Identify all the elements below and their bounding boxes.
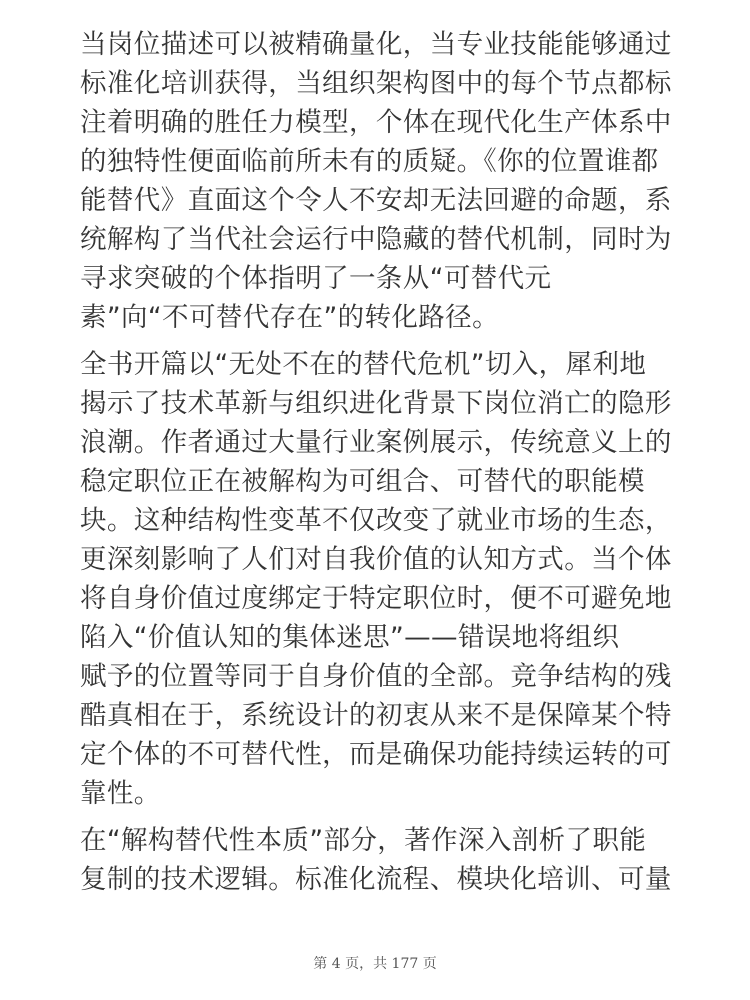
text-line: 浪潮。作者通过大量行业案例展示，传统意义上的 <box>80 423 670 462</box>
text-line: 将自身价值过度绑定于特定职位时，便不可避免地 <box>80 579 670 618</box>
text-line: 陷入“价值认知的集体迷思”——错误地将组织 <box>80 618 670 657</box>
text-line: 统解构了当代社会运行中隐藏的替代机制，同时为 <box>80 220 670 259</box>
text-line: 靠性。 <box>80 774 670 813</box>
text-line: 能替代》直面这个令人不安却无法回避的命题，系 <box>80 181 670 220</box>
text-line: 在“解构替代性本质”部分，著作深入剖析了职能 <box>80 821 670 860</box>
text-line: 的独特性便面临前所未有的质疑。《你的位置谁都 <box>80 142 670 181</box>
text-line: 寻求突破的个体指明了一条从“可替代元 <box>80 259 670 298</box>
text-line: 块。这种结构性变革不仅改变了就业市场的生态， <box>80 501 670 540</box>
text-line: 标准化培训获得，当组织架构图中的每个节点都标 <box>80 64 670 103</box>
paragraph-3: 在“解构替代性本质”部分，著作深入剖析了职能 复制的技术逻辑。标准化流程、模块化… <box>80 821 670 899</box>
text-line: 赋予的位置等同于自身价值的全部。竞争结构的残 <box>80 657 670 696</box>
text-line: 复制的技术逻辑。标准化流程、模块化培训、可量 <box>80 860 670 899</box>
page-indicator: 第 4 页，共 177 页 <box>0 953 750 973</box>
text-line: 全书开篇以“无处不在的替代危机”切入，犀利地 <box>80 345 670 384</box>
text-line: 注着明确的胜任力模型，个体在现代化生产体系中 <box>80 103 670 142</box>
document-page: 当岗位描述可以被精确量化，当专业技能能够通过 标准化培训获得，当组织架构图中的每… <box>80 25 670 907</box>
text-line: 素”向“不可替代存在”的转化路径。 <box>80 298 670 337</box>
text-line: 稳定职位正在被解构为可组合、可替代的职能模 <box>80 462 670 501</box>
text-line: 酷真相在于，系统设计的初衷从来不是保障某个特 <box>80 696 670 735</box>
paragraph-1: 当岗位描述可以被精确量化，当专业技能能够通过 标准化培训获得，当组织架构图中的每… <box>80 25 670 337</box>
text-line: 定个体的不可替代性，而是确保功能持续运转的可 <box>80 735 670 774</box>
text-line: 揭示了技术革新与组织进化背景下岗位消亡的隐形 <box>80 384 670 423</box>
paragraph-2: 全书开篇以“无处不在的替代危机”切入，犀利地 揭示了技术革新与组织进化背景下岗位… <box>80 345 670 813</box>
text-line: 更深刻影响了人们对自我价值的认知方式。当个体 <box>80 540 670 579</box>
text-line: 当岗位描述可以被精确量化，当专业技能能够通过 <box>80 25 670 64</box>
